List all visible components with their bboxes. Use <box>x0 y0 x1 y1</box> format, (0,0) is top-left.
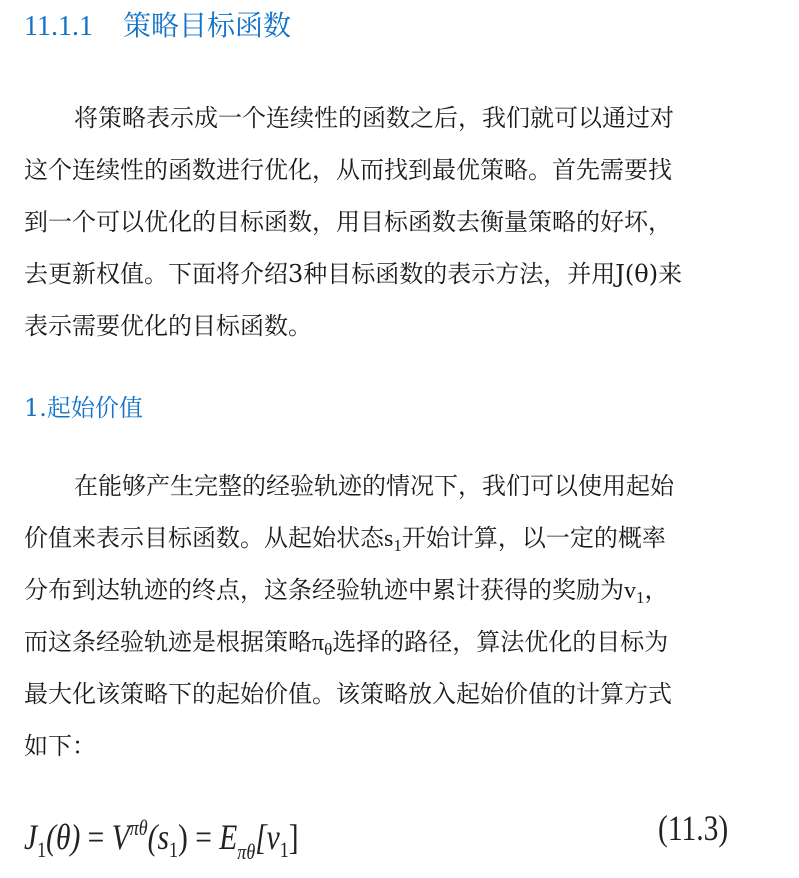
equals-sign: = <box>188 817 219 857</box>
argument-open: (s <box>148 817 169 857</box>
argument-theta: (θ) <box>46 817 80 857</box>
paragraph-line: 价值来表示目标函数。从起始状态s1开始计算，以一定的概率 <box>24 512 736 564</box>
paragraph-line: 最大化该策略下的起始价值。该策略放入起始价值的计算方式 <box>24 668 736 720</box>
paragraph-line: 而这条经验轨迹是根据策略πθ选择的路径，算法优化的目标为 <box>24 616 736 668</box>
superscript: πθ <box>130 815 148 840</box>
paragraph-line: 分布到达轨迹的终点，这条经验轨迹中累计获得的奖励为v1， <box>24 564 736 616</box>
text-segment: 价值来表示目标函数。从起始状态 <box>24 524 384 552</box>
paragraph-line: 将策略表示成一个连续性的函数之后，我们就可以通过对 <box>24 92 736 144</box>
paragraph-line: 表示需要优化的目标函数。 <box>24 300 736 352</box>
variable-pi: π <box>312 630 324 656</box>
paragraph-line: 到一个可以优化的目标函数，用目标函数去衡量策略的好坏， <box>24 196 736 248</box>
symbol-E: E <box>219 817 237 857</box>
argument-close: ) <box>178 817 188 857</box>
subscript: 1 <box>280 837 289 862</box>
subscript: 1 <box>636 588 645 607</box>
section-heading: 11.1.1策略目标函数 <box>24 8 291 45</box>
section-number: 11.1.1 <box>24 11 93 42</box>
text-segment: 而这条经验轨迹是根据策略 <box>24 628 312 656</box>
subscript: 1 <box>393 536 402 555</box>
subscript: 1 <box>169 837 178 862</box>
argument-close: ] <box>289 817 299 857</box>
argument-open: [v <box>255 817 280 857</box>
paragraph-line: 在能够产生完整的经验轨迹的情况下，我们可以使用起始 <box>24 460 736 512</box>
text-segment: 开始计算，以一定的概率 <box>402 524 666 552</box>
paragraph-line: 如下： <box>24 720 736 772</box>
subscript: 1 <box>37 837 46 862</box>
variable-v: v <box>624 578 636 604</box>
start-value-paragraph: 在能够产生完整的经验轨迹的情况下，我们可以使用起始 价值来表示目标函数。从起始状… <box>24 460 736 772</box>
subscript: πθ <box>237 839 255 864</box>
variable-s: s <box>384 526 393 552</box>
text-segment: ， <box>645 576 669 604</box>
equation-11-3: J1(θ) = Vπθ(s1) = Eπθ[v1] <box>24 806 299 874</box>
equals-sign: = <box>80 817 111 857</box>
paragraph-line: 去更新权值。下面将介绍3种目标函数的表示方法，并用J(θ)来 <box>24 248 736 300</box>
subsection-title: 1.起始价值 <box>24 392 143 424</box>
symbol-J: J <box>24 817 37 857</box>
paragraph-line: 这个连续性的函数进行优化，从而找到最优策略。首先需要找 <box>24 144 736 196</box>
equation-number: (11.3) <box>658 806 728 850</box>
intro-paragraph: 将策略表示成一个连续性的函数之后，我们就可以通过对 这个连续性的函数进行优化，从… <box>24 92 736 352</box>
symbol-V: V <box>112 817 130 857</box>
section-title: 策略目标函数 <box>123 9 291 42</box>
text-segment: 分布到达轨迹的终点，这条经验轨迹中累计获得的奖励为 <box>24 576 624 604</box>
text-segment: 选择的路径，算法优化的目标为 <box>332 628 668 656</box>
